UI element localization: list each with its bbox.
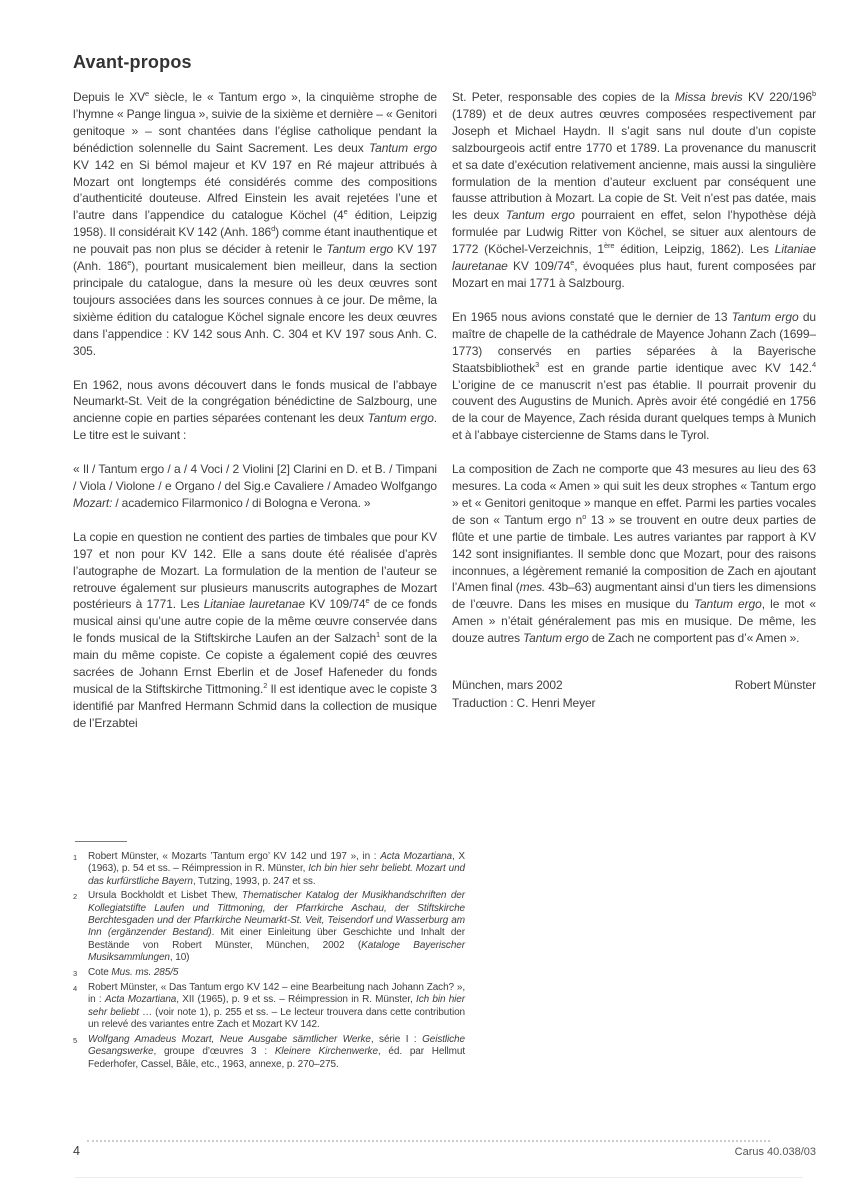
footnote-text: Wolfgang Amadeus Mozart, Neue Ausgabe sä… (88, 1034, 465, 1071)
text-columns: Depuis le XVe siècle, le « Tantum ergo »… (73, 89, 816, 815)
footnote-number: 2 (73, 890, 88, 964)
footnote: 3 Cote Mus. ms. 285/5 (73, 967, 465, 980)
document-page: Avant-propos Depuis le XVe siècle, le « … (0, 0, 848, 1200)
page-title: Avant-propos (73, 52, 816, 73)
signature-translation: Traduction : C. Henri Meyer (452, 695, 816, 712)
footnote-number: 5 (73, 1034, 88, 1071)
page-footer: 4 Carus 40.038/03 (73, 1140, 816, 1158)
footnote-text: Robert Münster, « Mozarts ’Tantum ergo’ … (88, 851, 465, 888)
footnote: 5 Wolfgang Amadeus Mozart, Neue Ausgabe … (73, 1034, 465, 1071)
paragraph-source-title-quote: « Il / Tantum ergo / a / 4 Voci / 2 Viol… (73, 461, 437, 512)
footnote-text: Robert Münster, « Das Tantum ergo KV 142… (88, 982, 465, 1032)
footnote-number: 1 (73, 851, 88, 888)
scan-artifact-line (75, 1177, 803, 1178)
footnote-separator-rule (75, 841, 127, 842)
footnote-number: 4 (73, 982, 88, 1032)
edition-number: Carus 40.038/03 (735, 1146, 816, 1158)
paragraph-discovery: En 1962, nous avons découvert dans le fo… (73, 377, 437, 445)
footnote: 1 Robert Münster, « Mozarts ’Tantum ergo… (73, 851, 465, 888)
footnote-text: Ursula Bockholdt et Lisbet Thew, Themati… (88, 890, 465, 964)
signature-author: Robert Münster (735, 677, 816, 694)
paragraph-intro: Depuis le XVe siècle, le « Tantum ergo »… (73, 89, 437, 360)
footnote-text: Cote Mus. ms. 285/5 (88, 967, 465, 980)
paragraph-st-peter: St. Peter, responsable des copies de la … (452, 89, 816, 292)
footnote: 4 Robert Münster, « Das Tantum ergo KV 1… (73, 982, 465, 1032)
footnote-number: 3 (73, 967, 88, 980)
footer-dotted-rule (87, 1140, 770, 1142)
right-column: St. Peter, responsable des copies de la … (452, 89, 816, 712)
footnotes-block: 1 Robert Münster, « Mozarts ’Tantum ergo… (73, 851, 465, 1071)
footer-row: 4 Carus 40.038/03 (73, 1144, 816, 1158)
paragraph-zach: En 1965 nous avions constaté que le dern… (452, 309, 816, 444)
footnote: 2 Ursula Bockholdt et Lisbet Thew, Thema… (73, 890, 465, 964)
page-content: Avant-propos Depuis le XVe siècle, le « … (73, 52, 816, 1073)
signature-row: München, mars 2002 Robert Münster (452, 677, 816, 694)
left-column: Depuis le XVe siècle, le « Tantum ergo »… (73, 89, 437, 732)
paragraph-composition: La composition de Zach ne comporte que 4… (452, 461, 816, 647)
paragraph-copyist: La copie en question ne contient des par… (73, 529, 437, 732)
page-number: 4 (73, 1144, 80, 1158)
signature-place-date: München, mars 2002 (452, 677, 563, 694)
